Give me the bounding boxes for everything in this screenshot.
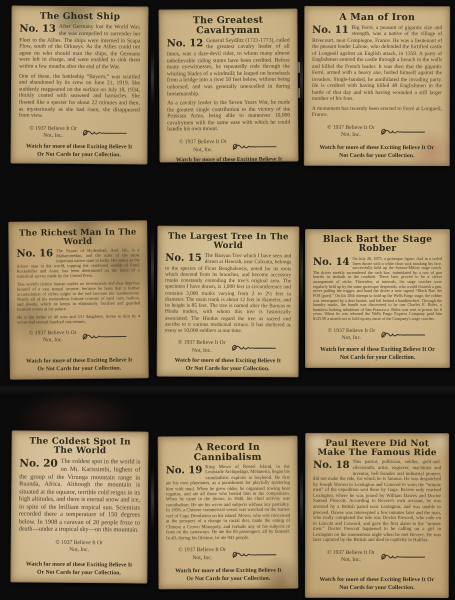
- ripley-signature-icon: [229, 342, 277, 354]
- card-number: No. 18: [313, 461, 350, 471]
- card-number: No. 13: [19, 25, 56, 35]
- copyright-block: © 1937 Believe It Or Not, Inc.: [17, 329, 140, 345]
- card-title: Paul Revere Did Not Make The Famous Ride: [317, 440, 437, 459]
- trading-card-14: Black Bart the Stage Robber No. 14 On Ju…: [305, 229, 450, 368]
- card-title: The Richest Man In The World: [16, 227, 139, 246]
- collection-footer: Watch for more of these Exciting Believe…: [313, 574, 441, 593]
- background-reflection: [151, 468, 154, 530]
- trading-card-18: Paul Revere Did Not Make The Famous Ride…: [305, 433, 449, 598]
- card-title: A Record In Cannibalism: [166, 443, 290, 463]
- card-body: No. 12 General Seydlitz (1721-1773), cal…: [167, 37, 291, 136]
- card-body: No. 19 King Mowo of Rossel Island, in th…: [166, 464, 290, 544]
- copyright-text: © 1937 Believe It Or Not, Inc.: [327, 550, 374, 565]
- background-reflection: [300, 52, 303, 107]
- card-body: No. 14 On July 26, 1875, a grotesque fig…: [313, 257, 442, 325]
- copyright-block: © 1937 Believe It Or Not, Inc.: [19, 125, 140, 141]
- collection-footer: Watch for more of these Exciting Believe…: [166, 564, 290, 584]
- trading-card-19: A Record In Cannibalism No. 19 King Mowo…: [158, 436, 299, 590]
- ripley-signature-icon: [379, 126, 427, 138]
- copyright-text: © 1937 Believe It Or Not, Inc.: [29, 330, 77, 346]
- trading-card-15: The Largest Tree In The World No. 15 The…: [157, 226, 300, 378]
- trading-card-16: The Richest Man In The World No. 16 The …: [8, 220, 149, 379]
- card-number: No. 16: [16, 249, 53, 259]
- card-number: No. 14: [313, 258, 350, 268]
- card-number: No. 15: [165, 254, 202, 264]
- card-paragraph: One of these, the battleship “Bayern,” w…: [19, 73, 140, 120]
- ripley-signature-icon: [379, 329, 427, 341]
- copyright-text: © 1937 Believe It Or Not, Inc.: [328, 328, 375, 343]
- collection-footer: Watch for more of these Exciting Believe…: [18, 354, 141, 375]
- trading-card-20: The Coldest Spot In The World No. 20 The…: [10, 430, 148, 583]
- collection-footer: Watch for more of these Exciting Believe…: [18, 140, 139, 160]
- card-number: No. 19: [166, 466, 203, 476]
- collection-footer: Watch for more of these Exciting Believe…: [18, 558, 139, 578]
- trading-card-12: The Greatest Cavalryman No. 12 General S…: [158, 9, 298, 163]
- copyright-text: © 1937 Believe It Or Not, Inc.: [179, 139, 227, 154]
- card-title: The Coldest Spot In The World: [19, 437, 140, 457]
- card-title: A Man of Iron: [312, 13, 442, 23]
- card-paragraph: A monument has recently been erected to …: [312, 106, 442, 119]
- card-title: The Greatest Cavalryman: [167, 16, 290, 37]
- copyright-text: © 1937 Believe It Or Not, Inc.: [55, 540, 103, 556]
- ripley-signature-icon: [81, 127, 129, 139]
- card-body: No. 20 The coldest spot in the world is …: [19, 458, 141, 538]
- card-body: No. 11 Big Ferré, a peasant of gigantic …: [312, 25, 442, 122]
- background-reflection: [300, 468, 303, 530]
- card-number: No. 12: [167, 39, 204, 49]
- copyright-block: © 1937 Believe It Or Not, Inc.: [19, 539, 140, 555]
- card-paragraph: Big Ferré, a peasant of gigantic size an…: [312, 25, 442, 103]
- copyright-block: © 1937 Believe It Or Not, Inc.: [313, 550, 441, 565]
- card-paragraph: This patriot, politician, soldier, gold-…: [313, 460, 441, 544]
- trading-card-13: The Ghost Ship No. 13 After Germany lost…: [10, 6, 148, 165]
- background-reflection: [151, 50, 154, 105]
- card-number: No. 20: [19, 459, 57, 470]
- copyright-text: © 1937 Believe It Or Not, Inc.: [178, 547, 226, 562]
- ripley-signature-icon: [231, 140, 279, 152]
- card-body: No. 18 This patriot, politician, soldier…: [313, 460, 441, 547]
- background-reflection: [300, 236, 303, 308]
- copyright-text: © 1937 Believe It Or Not, Inc.: [29, 125, 77, 140]
- card-title: The Largest Tree In The World: [165, 233, 291, 252]
- card-body: No. 15 The Banyan Tree which I have seen…: [165, 253, 291, 338]
- card-paragraph: He is the father of 40 sons and 231 daug…: [17, 313, 140, 324]
- card-paragraph: The Banyan Tree which I have seen and dr…: [165, 253, 291, 335]
- ripley-signature-icon: [379, 551, 427, 563]
- copyright-block: © 1937 Believe It Or Not, Inc.: [166, 547, 290, 563]
- copyright-text: © 1937 Believe It Or Not, Inc.: [327, 125, 374, 140]
- collection-footer: Watch for more of these Exciting Believe…: [165, 355, 291, 375]
- trading-card-11: A Man of Iron No. 11 Big Ferré, a peasan…: [304, 6, 450, 166]
- collection-footer: Watch for more of these Exciting Believe…: [312, 142, 442, 162]
- card-body: No. 13 After Germany lost the World War,…: [19, 24, 141, 123]
- copyright-block: © 1937 Believe It Or Not, Inc.: [313, 328, 442, 343]
- ripley-signature-icon: [230, 548, 278, 560]
- collection-footer: Watch for more of these Exciting Believe…: [313, 344, 442, 363]
- card-body: No. 16 The Nizam of Hyderabad, Asaf Jah,…: [16, 247, 140, 328]
- collection-footer: Watch for more of these Exciting Believe…: [167, 154, 290, 163]
- card-display-board: The Ghost Ship No. 13 After Germany lost…: [0, 0, 455, 600]
- copyright-block: © 1937 Believe It Or Not, Inc.: [165, 340, 291, 356]
- background-reflection: [151, 232, 154, 304]
- card-paragraph: As a cavalry leader in the Seven Years W…: [167, 100, 290, 134]
- card-number: No. 11: [312, 26, 349, 36]
- card-title: Black Bart the Stage Robber: [313, 236, 442, 255]
- ripley-signature-icon: [81, 331, 129, 344]
- copyright-block: © 1937 Believe It Or Not, Inc.: [167, 139, 290, 155]
- copyright-block: © 1937 Believe It Or Not, Inc.: [312, 124, 442, 139]
- copyright-text: © 1937 Believe It Or Not, Inc.: [178, 340, 226, 355]
- card-paragraph: This world's richest human makes no inve…: [17, 280, 140, 311]
- card-title: The Ghost Ship: [19, 13, 140, 23]
